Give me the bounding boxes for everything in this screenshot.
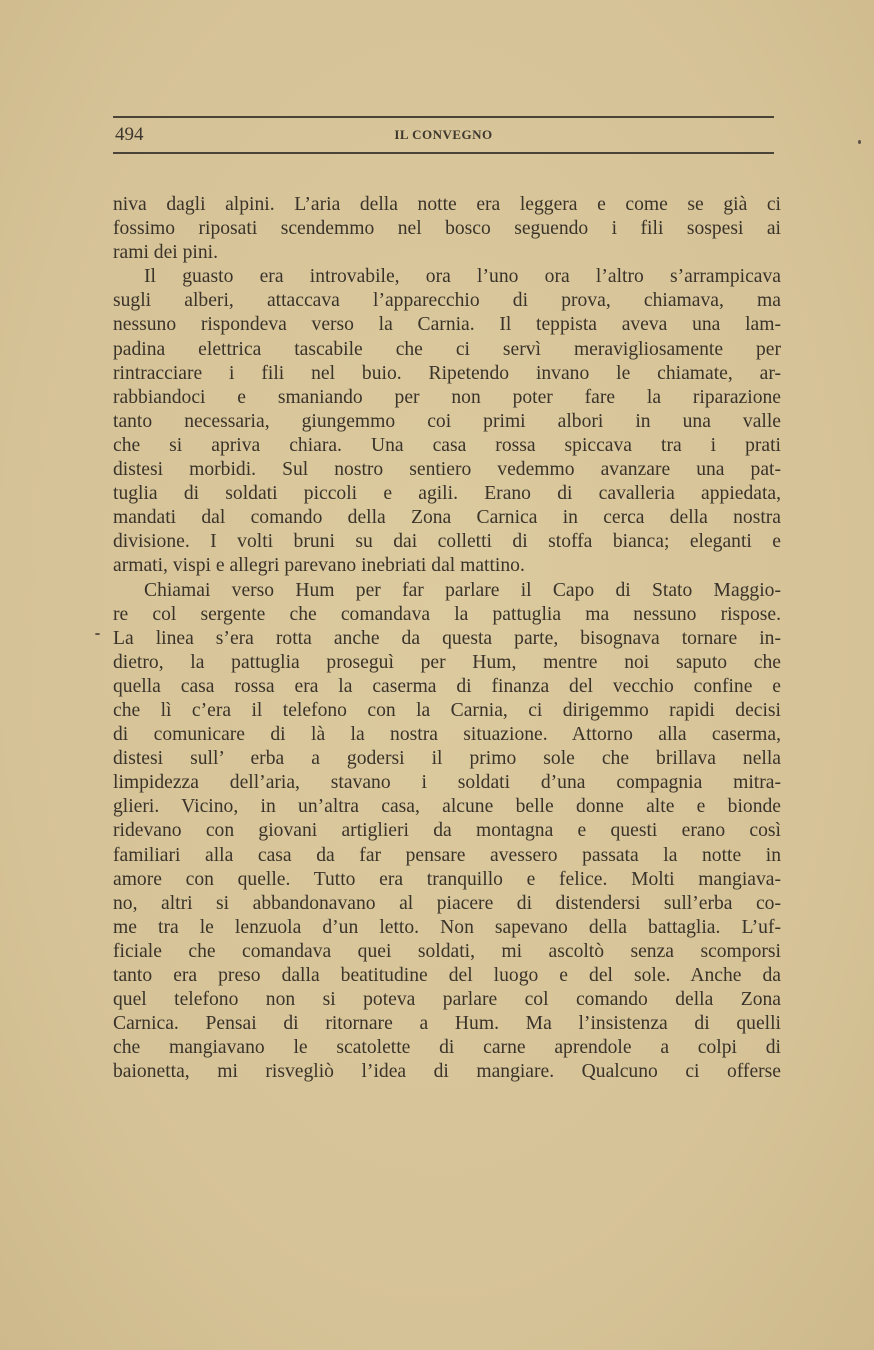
text-line: tanto era preso dalla beatitudine del lu… <box>113 964 781 988</box>
text-line: che si apriva chiara. Una casa rossa spi… <box>113 434 781 458</box>
text-line: limpidezza dell’aria, stavano i soldati … <box>113 771 781 795</box>
text-line: niva dagli alpini. L’aria della notte er… <box>113 193 781 217</box>
text-line: Carnica. Pensai di ritornare a Hum. Ma l… <box>113 1012 781 1036</box>
text-line: tanto necessaria, giungemmo coi primi al… <box>113 410 781 434</box>
text-line: quella casa rossa era la caserma di fina… <box>113 675 781 699</box>
text-line: mandati dal comando della Zona Carnica i… <box>113 506 781 530</box>
text-line: Il guasto era introvabile, ora l’uno ora… <box>113 265 781 289</box>
text-line: ficiale che comandava quei soldati, mi a… <box>113 940 781 964</box>
text-line: nessuno rispondeva verso la Carnia. Il t… <box>113 313 781 337</box>
text-line: tuglia di soldati piccoli e agili. Erano… <box>113 482 781 506</box>
journal-title: IL CONVEGNO <box>113 127 774 143</box>
text-line: distesi sull’ erba a godersi il primo so… <box>113 747 781 771</box>
text-line: di comunicare di là la nostra situazione… <box>113 723 781 747</box>
text-line: amore con quelle. Tutto era tranquillo e… <box>113 868 781 892</box>
text-line: rintracciare i fili nel buio. Ripetendo … <box>113 362 781 386</box>
text-line: padina elettrica tascabile che ci servì … <box>113 338 781 362</box>
text-line: fossimo riposati scendemmo nel bosco seg… <box>113 217 781 241</box>
paper-speck <box>858 140 861 144</box>
text-line: baionetta, mi risvegliò l’idea di mangia… <box>113 1060 781 1084</box>
text-line: sugli alberi, attaccava l’apparecchio di… <box>113 289 781 313</box>
text-line: rami dei pini. <box>113 241 781 265</box>
text-line: che mangiavano le scatolette di carne ap… <box>113 1036 781 1060</box>
text-line: divisione. I volti bruni su dai colletti… <box>113 530 781 554</box>
text-line: dietro, la pattuglia proseguì per Hum, m… <box>113 651 781 675</box>
text-line: ridevano con giovani artiglieri da monta… <box>113 819 781 843</box>
paper-speck <box>95 633 100 635</box>
text-line: rabbiandoci e smaniando per non poter fa… <box>113 386 781 410</box>
text-line: che lì c’era il telefono con la Carnia, … <box>113 699 781 723</box>
text-line: distesi morbidi. Sul nostro sentiero ved… <box>113 458 781 482</box>
body-text: niva dagli alpini. L’aria della notte er… <box>113 193 781 1084</box>
header-rule-top <box>113 116 774 118</box>
text-line: re col sergente che comandava la pattugl… <box>113 603 781 627</box>
text-line: quel telefono non si poteva parlare col … <box>113 988 781 1012</box>
text-line: armati, vispi e allegri parevano inebria… <box>113 554 781 578</box>
book-page: 494 IL CONVEGNO niva dagli alpini. L’ari… <box>0 0 874 1350</box>
running-head: 494 IL CONVEGNO <box>113 120 774 150</box>
text-line: La linea s’era rotta anche da questa par… <box>113 627 781 651</box>
text-line: me tra le lenzuola d’un letto. Non sapev… <box>113 916 781 940</box>
text-line: glieri. Vicino, in un’altra casa, alcune… <box>113 795 781 819</box>
header-rule-bottom <box>113 152 774 154</box>
text-line: familiari alla casa da far pensare avess… <box>113 844 781 868</box>
text-line: no, altri si abbandonavano al piacere di… <box>113 892 781 916</box>
text-line: Chiamai verso Hum per far parlare il Cap… <box>113 579 781 603</box>
